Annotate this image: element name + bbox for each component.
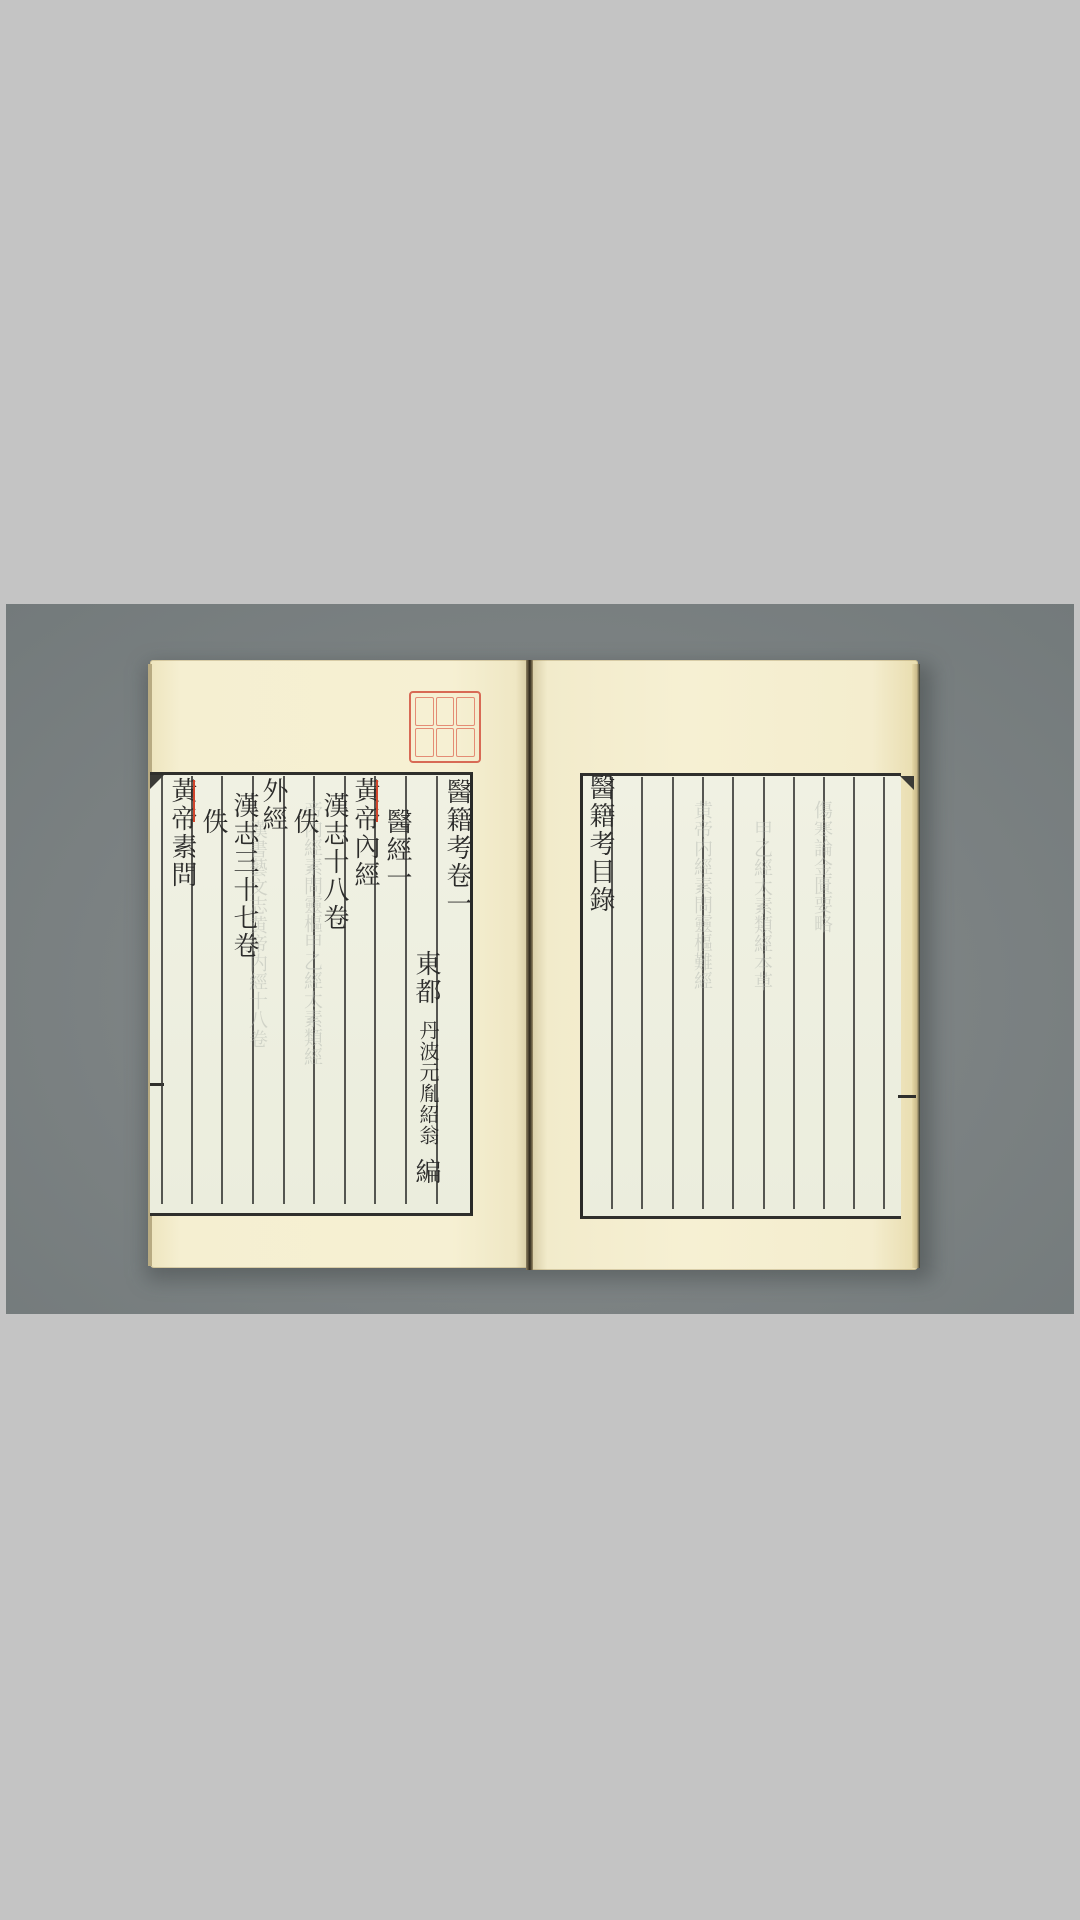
- author-place: 東都: [412, 950, 440, 1006]
- column-rule: [161, 776, 163, 1204]
- author-name: 丹波元胤紹翁: [414, 1020, 442, 1146]
- column-rule: [883, 777, 885, 1209]
- seal-glyph: [456, 728, 475, 757]
- red-annotation-mark: [193, 780, 195, 822]
- book-fore-edge: [912, 664, 920, 1268]
- bleed-through-text: 黄帝内經素問靈樞難經: [690, 800, 713, 1190]
- column-rule: [641, 777, 643, 1209]
- column-rule: [853, 777, 855, 1209]
- column-rule: [672, 777, 674, 1209]
- seal-glyph: [415, 728, 434, 757]
- section-heading: 醫經一: [383, 808, 411, 892]
- bibliographic-note: 漢志三十七卷: [230, 792, 258, 960]
- red-seal-stamp: [409, 691, 481, 763]
- column-rule: [283, 776, 285, 1204]
- bleed-through-text: 傷寒論金匱要略: [810, 800, 833, 1190]
- entry-title-waijing: 外經: [259, 777, 287, 833]
- seal-glyph: [456, 697, 475, 726]
- book-gutter: [526, 660, 533, 1270]
- column-rule: [732, 777, 734, 1209]
- column-rule: [793, 777, 795, 1209]
- frame-tick-right: [898, 1095, 916, 1098]
- entry-title-huangdi-suwen: 黃帝素問: [168, 777, 196, 889]
- seal-glyph: [436, 728, 455, 757]
- status-lost: 佚: [199, 808, 227, 836]
- seal-glyph: [436, 697, 455, 726]
- red-annotation-mark: [376, 780, 378, 822]
- seal-glyph: [415, 697, 434, 726]
- bibliographic-note: 漢志十八卷: [320, 792, 348, 932]
- fishtail-mark-right: [900, 776, 914, 790]
- status-lost: 佚: [290, 808, 318, 836]
- toc-title: 醫籍考目錄: [586, 774, 614, 914]
- entry-title-huangdi-neijing: 黃帝內經: [351, 777, 379, 889]
- bleed-through-text: 甲乙經太素類經本草: [750, 820, 773, 1190]
- volume-title: 醫籍考卷一: [443, 778, 471, 918]
- column-rule: [221, 776, 223, 1204]
- compiled-by: 編: [412, 1158, 440, 1186]
